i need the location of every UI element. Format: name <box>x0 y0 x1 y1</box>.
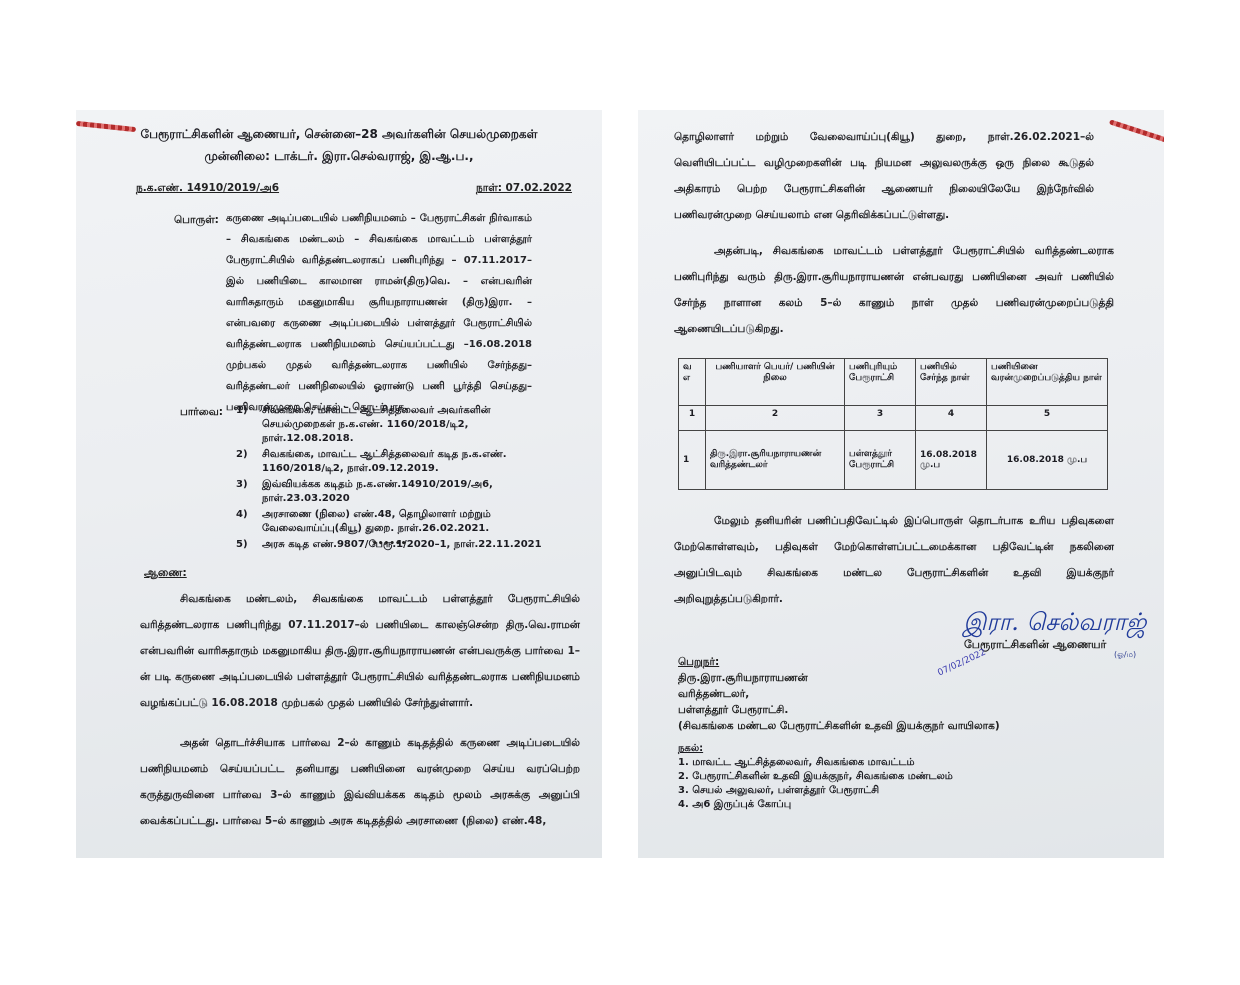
table-cell: 5 <box>987 406 1108 431</box>
continuation-paragraph: தொழிலாளர் மற்றும் வேலைவாய்ப்பு(கியூ) துற… <box>674 124 1094 228</box>
copy-item: 3. செயல் அலுவலர், பள்ளத்தூர் பேரூராட்சி <box>678 784 953 798</box>
signatory-title: பேரூராட்சிகளின் ஆணையர் <box>964 638 1106 651</box>
table-cell: 2 <box>706 406 845 431</box>
table-header-cell: பணியினை வரன்முறைப்படுத்திய நாள் <box>987 359 1108 406</box>
table-header-cell: பணியில் சேர்ந்த நாள் <box>916 359 987 406</box>
table-cell: 3 <box>845 406 916 431</box>
table-header-cell: பணியாளர் பெயர்/ பணியின் நிலை <box>706 359 845 406</box>
reference-item: 3)இவ்வியக்கக கடிதம் ந.க.எண்.14910/2019/அ… <box>236 478 562 506</box>
references-list: 1)சிவகங்கை, மாவட்ட ஆட்சித்தலைவர் அவர்களி… <box>236 404 562 554</box>
copy-item: 1. மாவட்ட ஆட்சித்தலைவர், சிவகங்கை மாவட்ட… <box>678 756 953 770</box>
table-cell: 16.08.2018 மு.ப <box>916 431 987 490</box>
recipient-line: வரித்தண்டலர், <box>678 688 749 701</box>
recipient-line: (சிவகங்கை மண்டல பேரூராட்சிகளின் உதவி இயக… <box>678 720 1000 733</box>
order-heading: ஆணை: <box>144 566 187 579</box>
copy-item: 2. பேரூராட்சிகளின் உதவி இயக்குநர், சிவகங… <box>678 770 953 784</box>
order-paragraph-1: சிவகங்கை மண்டலம், சிவகங்கை மாவட்டம் பள்ள… <box>140 586 580 716</box>
copy-label: நகல்: <box>678 742 953 756</box>
recipient-label: பெறுநர்: <box>678 656 719 669</box>
binding-thread <box>1109 119 1164 145</box>
table-cell: 16.08.2018 மு.ப <box>987 431 1108 490</box>
reference-number: ந.க.எண். 14910/2019/அ6 <box>136 182 279 195</box>
reference-item: 4)அரசாணை (நிலை) எண்.48, தொழிலாளர் மற்றும… <box>236 508 562 536</box>
table-header-cell: வ எ <box>679 359 706 406</box>
reference-item: 1)சிவகங்கை, மாவட்ட ஆட்சித்தலைவர் அவர்களி… <box>236 404 562 446</box>
copy-to-section: நகல்: 1. மாவட்ட ஆட்சித்தலைவர், சிவகங்கை … <box>678 742 953 812</box>
header-line-1: பேரூராட்சிகளின் ஆணையர், சென்னை–28 அவர்கள… <box>76 124 602 144</box>
table-cell: 4 <box>916 406 987 431</box>
signatory-suffix: (ஓ/ம) <box>1114 648 1136 661</box>
subject-text: கருணை அடிப்படையில் பணிநியமனம் – பேரூராட்… <box>226 208 532 418</box>
header-line-2: முன்னிலை: டாக்டர். இரா.செல்வராஜ், இ.ஆ.ப.… <box>76 146 602 166</box>
table-cell: 1 <box>679 431 706 490</box>
further-instructions-paragraph: மேலும் தனியரின் பணிப்பதிவேட்டில் இப்பொரு… <box>674 508 1114 612</box>
document-page-left: பேரூராட்சிகளின் ஆணையர், சென்னை–28 அவர்கள… <box>76 110 602 858</box>
regularisation-paragraph: அதன்படி, சிவகங்கை மாவட்டம் பள்ளத்தூர் பே… <box>674 238 1114 342</box>
order-paragraph-2: அதன் தொடர்ச்சியாக பார்வை 2–ல் காணும் கடி… <box>140 730 580 834</box>
table-cell: திரு.இரா.சூரியநாராயணன் வரித்தண்டலர் <box>706 431 845 490</box>
table-header-row: வ எ பணியாளர் பெயர்/ பணியின் நிலை பணிபுரி… <box>679 359 1108 406</box>
subject-label: பொருள்: <box>174 214 219 227</box>
references-label: பார்வை: <box>180 406 223 419</box>
recipient-line: பள்ளத்தூர் பேரூராட்சி. <box>678 704 788 717</box>
regularisation-table: வ எ பணியாளர் பெயர்/ பணியின் நிலை பணிபுரி… <box>678 358 1108 490</box>
copy-item: 4. அ6 இருப்புக் கோப்பு <box>678 798 953 812</box>
table-row: 1 திரு.இரா.சூரியநாராயணன் வரித்தண்டலர் பள… <box>679 431 1108 490</box>
table-cell: 1 <box>679 406 706 431</box>
table-cell: பள்ளத்தூர் பேரூராட்சி <box>845 431 916 490</box>
separator: •••••• <box>372 538 407 551</box>
table-column-number-row: 1 2 3 4 5 <box>679 406 1108 431</box>
reference-item: 2)சிவகங்கை, மாவட்ட ஆட்சித்தலைவர் கடித ந.… <box>236 448 562 476</box>
recipient-line: திரு.இரா.சூரியநாராயணன் <box>678 672 808 685</box>
document-page-right: தொழிலாளர் மற்றும் வேலைவாய்ப்பு(கியூ) துற… <box>638 110 1164 858</box>
order-date: நாள்: 07.02.2022 <box>476 182 572 195</box>
table-header-cell: பணிபுரியும் பேரூராட்சி <box>845 359 916 406</box>
initials-stamp: 07/02/2022 <box>936 648 987 679</box>
signature: இரா. செல்வராஜ் <box>963 608 1146 639</box>
